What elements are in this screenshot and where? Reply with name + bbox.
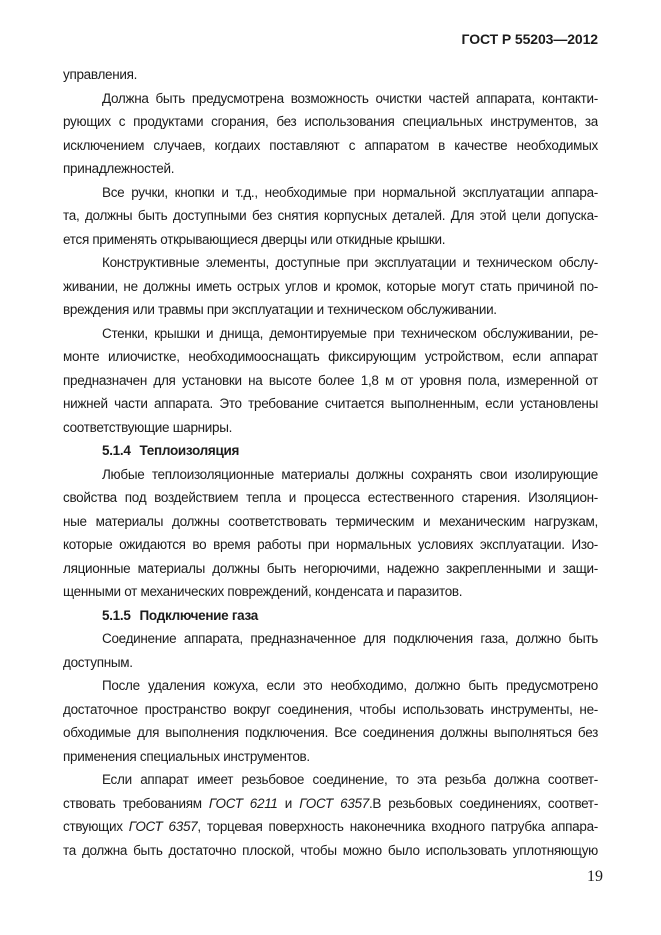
section-number: 5.1.5: [102, 608, 131, 623]
document-page: ГОСТ Р 55203—2012 управления.Должна быть…: [0, 0, 661, 935]
text-line: достаточное пространство вокруг соединен…: [63, 698, 598, 722]
text-line: Если аппарат имеет резьбовое соединение,…: [63, 768, 598, 792]
text-segment: .В резьбовых соединениях, соответ-: [369, 796, 598, 811]
section-heading: 5.1.5Подключение газа: [63, 604, 598, 628]
text-line: Стенки, крышки и днища, демонтируемые пр…: [63, 322, 598, 346]
text-line: Любые теплоизоляционные материалы должны…: [63, 463, 598, 487]
text-line: принадлежностей.: [63, 157, 598, 181]
text-line: доступным.: [63, 651, 598, 675]
text-line: обходимые для выполнения подключения. Вс…: [63, 721, 598, 745]
text-line: вреждения или травмы при эксплуатации и …: [63, 298, 598, 322]
section-title: Теплоизоляция: [140, 443, 240, 458]
text-line: живании, не должны иметь острых углов и …: [63, 275, 598, 299]
text-line: ствующих ГОСТ 6357, торцевая поверхность…: [63, 815, 598, 839]
text-line: ные материалы должны соответствовать тер…: [63, 510, 598, 534]
document-body: управления.Должна быть предусмотрена воз…: [63, 63, 598, 862]
gost-reference: ГОСТ 6211: [209, 796, 278, 811]
text-segment: , торцевая поверхность наконечника входн…: [197, 819, 598, 834]
text-line: ствовать требованиям ГОСТ 6211 и ГОСТ 63…: [63, 792, 598, 816]
text-line: предназначен для установки на высоте бол…: [63, 369, 598, 393]
text-line: ется применять открывающиеся дверцы или …: [63, 228, 598, 252]
text-line: рующих с продуктами сгорания, без исполь…: [63, 110, 598, 134]
text-segment: ствующих: [63, 819, 129, 834]
text-line: свойства под воздействием тепла и процес…: [63, 486, 598, 510]
text-line: После удаления кожуха, если это необходи…: [63, 674, 598, 698]
page-number: 19: [587, 868, 603, 886]
text-line: Должна быть предусмотрена возможность оч…: [63, 87, 598, 111]
text-line: применения специальных инструментов.: [63, 745, 598, 769]
text-line: исключением случаев, когдаих поставляют …: [63, 134, 598, 158]
text-line: управления.: [63, 63, 598, 87]
text-line: щенными от механических повреждений, кон…: [63, 580, 598, 604]
text-line: ляционные материалы должны быть негорючи…: [63, 557, 598, 581]
text-line: Конструктивные элементы, доступные при э…: [63, 251, 598, 275]
section-heading: 5.1.4Теплоизоляция: [63, 439, 598, 463]
text-line: нижней части аппарата. Это требование сч…: [63, 392, 598, 416]
text-segment: ствовать требованиям: [63, 796, 209, 811]
text-line: та, должны быть доступными без снятия ко…: [63, 204, 598, 228]
section-title: Подключение газа: [140, 608, 258, 623]
text-line: монте илиочистке, необходимооснащать фик…: [63, 345, 598, 369]
text-line: которые ожидаются во время работы при но…: [63, 533, 598, 557]
text-segment: и: [278, 796, 300, 811]
text-line: Соединение аппарата, предназначенное для…: [63, 627, 598, 651]
text-line: Все ручки, кнопки и т.д., необходимые пр…: [63, 181, 598, 205]
gost-reference: ГОСТ 6357: [299, 796, 369, 811]
text-line: соответствующие шарниры.: [63, 416, 598, 440]
gost-reference: ГОСТ 6357: [129, 819, 198, 834]
section-number: 5.1.4: [102, 443, 131, 458]
page-header-standard-number: ГОСТ Р 55203—2012: [0, 31, 598, 47]
text-line: та должна быть достаточно плоской, чтобы…: [63, 839, 598, 863]
